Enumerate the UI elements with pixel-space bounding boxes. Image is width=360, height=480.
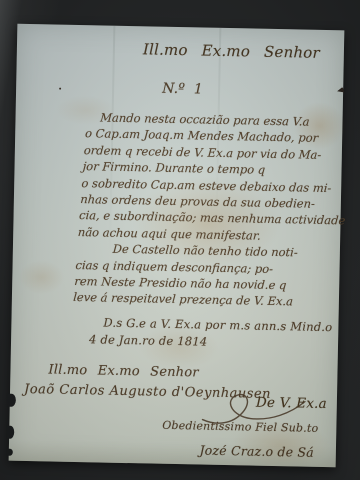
foxing-stain [18,260,65,295]
torn-edge-mark [6,426,14,439]
valediction-line: D.s G.e a V. Ex.a por m.s ann.s Mind.o [103,316,332,335]
torn-edge-mark [7,394,16,407]
manuscript-photo: Ill.mo Ex.mo Senhor N.º 1 Mando nesta oc… [0,0,360,480]
date-line: 4 de Jan.ro de 1814 [89,332,208,348]
addressee-honorific: Ill.mo Ex.mo Senhor [48,362,199,380]
signature-name: Jozé Craz.o de Sá [199,443,314,460]
closing-obedience: Obedientissimo Fiel Sub.to [162,419,318,435]
letter-paper: Ill.mo Ex.mo Senhor N.º 1 Mando nesta oc… [9,24,345,467]
letter-body: Mando nesta occazião para essa V.a o Cap… [73,109,343,311]
letter-number: N.º 1 [162,81,203,98]
ink-dot [59,88,61,90]
closing-courtesy: De V. Ex.a [256,395,327,412]
salutation: Ill.mo Ex.mo Senhor [143,40,320,62]
ink-blot-right-edge [336,84,345,93]
